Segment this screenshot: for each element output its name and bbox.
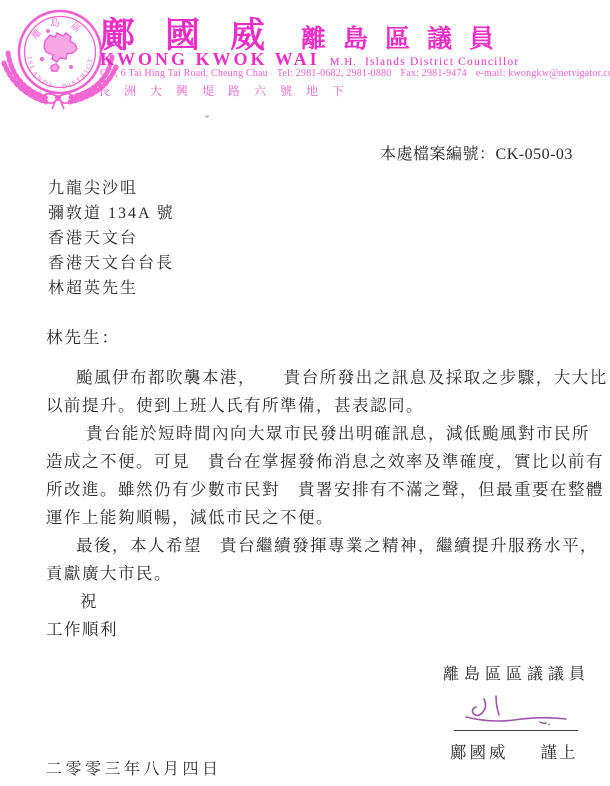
letter-date: 二零零三年八月四日 bbox=[46, 756, 222, 779]
letter-body-line: 以前提升。使到上班人氏有所準備，甚表認同。 bbox=[46, 392, 598, 420]
letter-body: 颱風伊布都吹襲本港， 貴台所發出之訊息及採取之步驟，大大比以前提升。使到上班人氏… bbox=[46, 364, 598, 644]
seal-islands-map bbox=[41, 30, 77, 71]
signature-line bbox=[454, 730, 578, 731]
signer-row: 鄺國威謹上 bbox=[450, 739, 578, 763]
scan-artifact-dot bbox=[205, 115, 209, 118]
scan-artifact-dot bbox=[203, 429, 206, 432]
salutation: 林先生： bbox=[46, 324, 120, 348]
contact-info-row: G/F, 6 Tai Hing Tai Road, Cheung ChauTel… bbox=[100, 68, 610, 79]
office-address-english: G/F, 6 Tai Hing Tai Road, Cheung Chau bbox=[100, 68, 268, 79]
letter-body-line: 颱風伊布都吹襲本港， 貴台所發出之訊息及採取之步驟，大大比 bbox=[46, 364, 598, 392]
fax-number: Fax: 2981-9474 bbox=[400, 68, 466, 79]
councillor-name-english: KWONG KWOK WAI bbox=[100, 49, 320, 69]
closing-title: 離島區區議議員 bbox=[443, 661, 590, 684]
email-address: e-mail: kwongkw@netvigator.com bbox=[476, 68, 610, 79]
letter-body-line: 貴台能於短時間內向大眾市民發出明確訊息，減低颱風對市民所 bbox=[46, 420, 598, 448]
recipient-address-line: 林超英先生 bbox=[48, 276, 175, 301]
letter-body-line: 祝 bbox=[46, 588, 598, 616]
handwritten-signature bbox=[452, 693, 582, 733]
letter-body-line: 所改進。雖然仍有少數市民對 貴署安排有不滿之聲，但最重要在整體 bbox=[46, 476, 598, 504]
signer-name: 鄺國威 bbox=[450, 743, 509, 762]
letter-body-line: 運作上能夠順暢，減低市民之不便。 bbox=[46, 504, 598, 532]
letter-body-line: 造成之不便。可見 貴台在掌握發佈消息之效率及準確度，實比以前有 bbox=[46, 448, 598, 476]
file-reference-line: 本處檔案編號：CK-050-03 bbox=[380, 141, 573, 164]
recipient-address-line: 香港天文台 bbox=[48, 226, 175, 251]
letter-body-line: 工作順利 bbox=[46, 616, 598, 644]
masthead-english-row: KWONG KWOK WAIM.H.Islands District Counc… bbox=[100, 49, 519, 70]
recipient-address-line: 九龍尖沙咀 bbox=[48, 176, 175, 201]
file-reference-label: 本處檔案編號： bbox=[380, 146, 496, 163]
recipient-address-block: 九龍尖沙咀彌敦道 134A 號香港天文台香港天文台台長林超英先生 bbox=[48, 176, 175, 301]
letter-body-line: 貢獻廣大市民。 bbox=[46, 560, 598, 588]
letter-body-line: 最後，本人希望 貴台繼續發揮專業之精神，繼續提升服務水平， bbox=[46, 532, 598, 560]
file-reference-number: CK-050-03 bbox=[496, 146, 573, 163]
councillor-title-english: Islands District Councillor bbox=[365, 56, 519, 68]
honorific-mh: M.H. bbox=[330, 56, 357, 68]
telephone-numbers: Tel: 2981-0682, 2981-0880 bbox=[277, 68, 392, 79]
recipient-address-line: 香港天文台台長 bbox=[48, 251, 175, 276]
recipient-address-line: 彌敦道 134A 號 bbox=[48, 201, 175, 226]
office-address-chinese: 長洲大興堤路六號地下 bbox=[98, 82, 358, 99]
valediction: 謹上 bbox=[541, 743, 578, 762]
scanned-letter-page: 離島區 ISLANDS DISTRICT 鄺國威 離島區議員 KWONG KWO… bbox=[0, 0, 610, 786]
